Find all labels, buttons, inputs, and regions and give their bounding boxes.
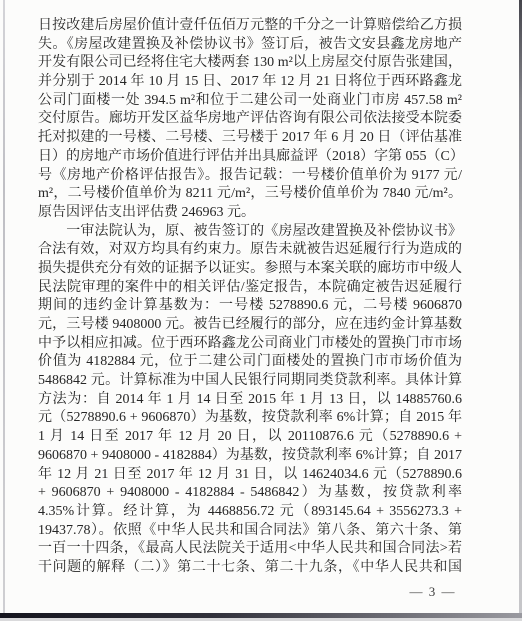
text-line: 原告因评估支出评估费 246963 元。: [38, 204, 462, 223]
text-line: 5486842 元。计算标准为中国人民银行同期同类贷款利率。具体计算: [38, 372, 462, 391]
text-line: 元，三号楼 9408000 元。被告已经履行的部分，应在违约金计算基数: [38, 316, 462, 335]
page-number: — 3 —: [410, 584, 457, 600]
text-line: 1 月 14 日至 2017 年 12 月 20 日，以 20110876.6 …: [38, 428, 462, 447]
text-line: 合法有效，对双方均具有约束力。原告未就被告迟延履行行为造成的: [38, 241, 462, 260]
scanned-page: 日按改建后房屋价值计壹仟伍佰万元整的千分之一计算赔偿给乙方损失。《房屋改建置换及…: [0, 0, 522, 621]
text-line: 交付原告。廊坊开发区益华房地产评估咨询有限公司依法接受本院委: [38, 110, 462, 129]
text-line: 日按改建后房屋价值计壹仟伍佰万元整的千分之一计算赔偿给乙方损: [38, 17, 462, 36]
text-line: 日）的房地产市场价值进行评估并出具廊益评（2018）字第 055（C）: [38, 148, 462, 167]
text-line: 损失提供充分有效的证据予以证实。参照与本案关联的廊坊市中级人: [38, 260, 462, 279]
text-line: 方法为：自 2014 年 1 月 14 日至 2015 年 1 月 13 日，以…: [38, 391, 462, 410]
scan-left-edge: [3, 0, 5, 621]
text-line: 失。《房屋改建置换及补偿协议书》签订后，被告文安县鑫龙房地产: [38, 36, 462, 55]
text-line: 号《房地产价格评估报告》。报告记载：一号楼价值单价为 9177 元/: [38, 167, 462, 186]
text-line: 4.35%计算。经计算，为 4468856.72 元（893145.64 + 3…: [38, 503, 462, 522]
text-line: 民法院审理的案件中的相关评估/鉴定报告，本院确定被告迟延履行: [38, 279, 462, 298]
text-line: 元（5278890.6 + 9606870）为基数，按贷款利率 6%计算；自 2…: [38, 409, 462, 428]
text-line: 价值为 4182884 元，位于二建公司门面楼处的置换门市市场价值为: [38, 353, 462, 372]
text-line: + 9606870 + 9408000 - 4182884 - 5486842）…: [38, 484, 462, 503]
text-line: 一百一十四条，《最高人民法院关于适用<中华人民共和国合同法>若: [38, 540, 462, 559]
text-line: 一审法院认为，原、被告签订的《房屋改建置换及补偿协议书》: [38, 223, 462, 242]
text-line: m²，二号楼价值单价为 8211 元/m²，三号楼价值单价为 7840 元/m²…: [38, 185, 462, 204]
text-line: 年 12 月 21 日至 2017 年 12 月 31 日，以 14624034…: [38, 466, 462, 485]
text-line: 公司门面楼一处 394.5 m²和位于二建公司一处商业门市房 457.58 m²: [38, 92, 462, 111]
text-line: 期间的违约金计算基数为：一号楼 5278890.6 元，二号楼 9606870: [38, 297, 462, 316]
text-line: 并分别于 2014 年 10 月 15 日、2017 年 12 月 21 日将位…: [38, 73, 462, 92]
text-line: 开发有限公司已经将住宅大楼两套 130 m²以上房屋交付原告张建国，: [38, 54, 462, 73]
text-line: 19437.78）。依照《中华人民共和国合同法》第八条、第六十条、第: [38, 522, 462, 541]
document-body: 日按改建后房屋价值计壹仟伍佰万元整的千分之一计算赔偿给乙方损失。《房屋改建置换及…: [38, 17, 462, 578]
text-line: 中予以相应扣减。位于西环路鑫龙公司商业门市楼处的置换门市市场: [38, 335, 462, 354]
text-line: 9606870 + 9408000 - 4182884）为基数，按贷款利率 6%…: [38, 447, 462, 466]
text-line: 托对拟建的一号楼、二号楼、三号楼于 2017 年 6 月 20 日（评估基准: [38, 129, 462, 148]
text-line: 干问题的解释（二）》第二十七条、第二十九条，《中华人民共和国: [38, 559, 462, 578]
